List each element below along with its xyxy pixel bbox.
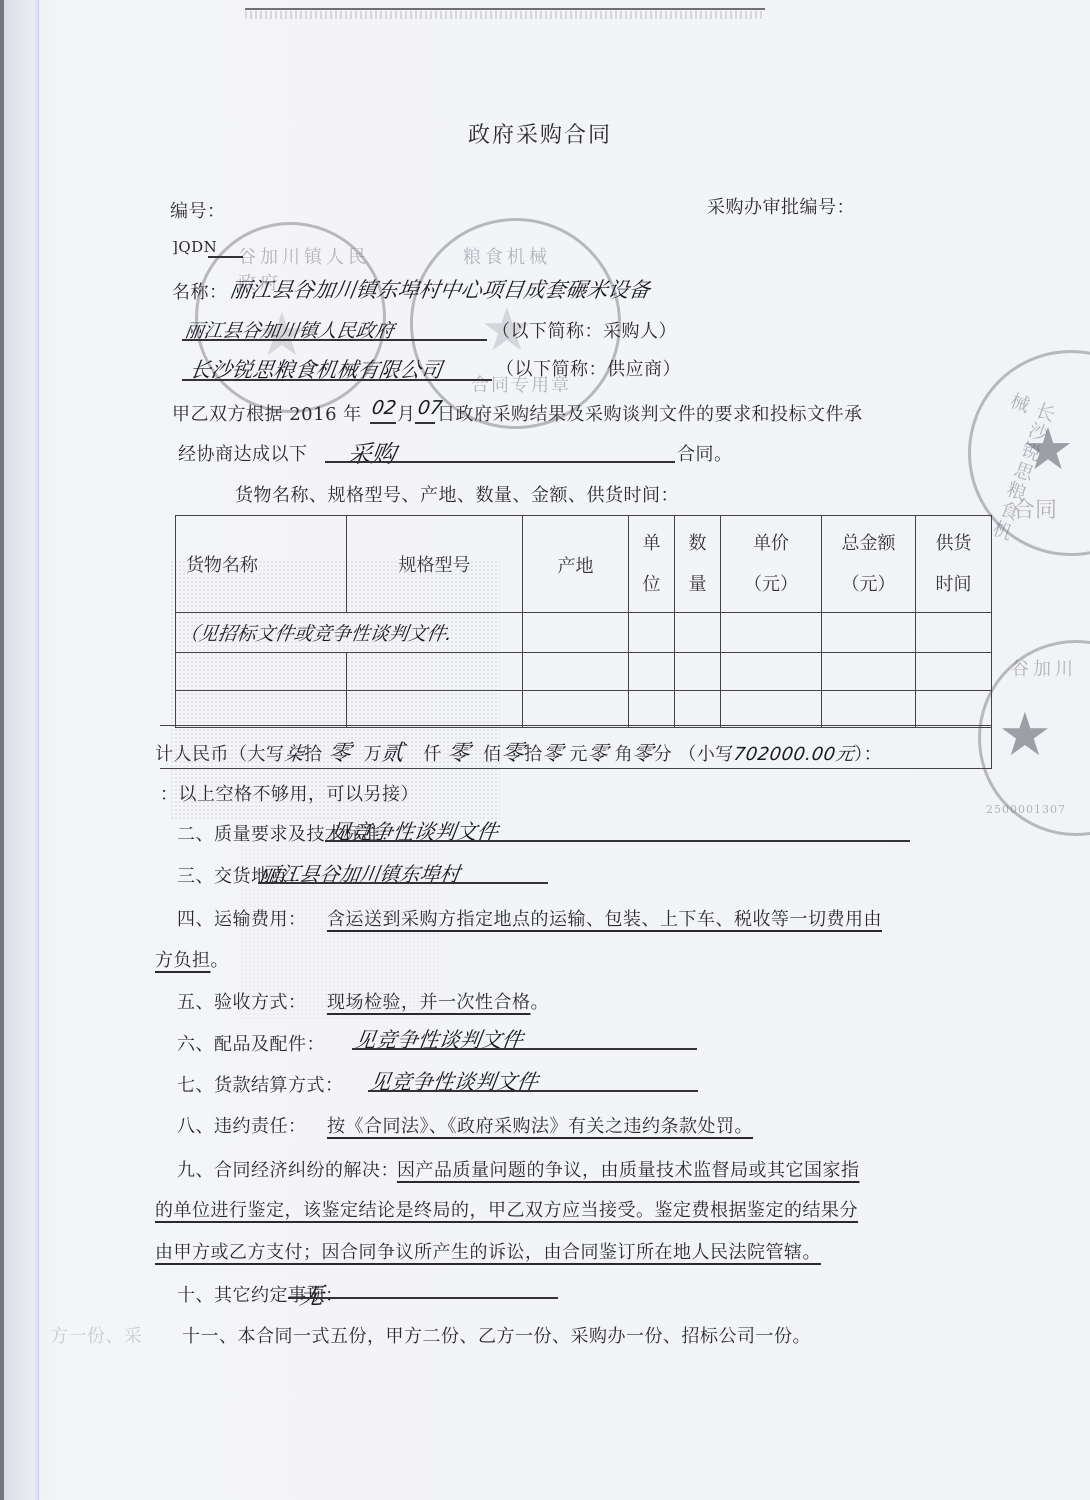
contract-number-prefix: ]QDN: [172, 238, 217, 256]
contract-number-underline: [208, 256, 243, 258]
supplier-underline: [182, 379, 492, 381]
clause-9-text: 因产品质量问题的争议，由质量技术监督局或其它国家指: [397, 1156, 860, 1182]
clause-5-text-wrap: 现场检验，并一次性合格。: [327, 988, 549, 1014]
intro-line1-c: 日政府采购结果及采购谈判文件的要求和投标文件承: [437, 400, 863, 426]
left-ghost-text: 方一份、采: [50, 1322, 143, 1348]
table-row: （见招标文件或竞争性谈判文件.: [176, 613, 992, 653]
header-goods-name: 货物名称: [176, 516, 347, 613]
supplier-alias: （以下简称：供应商）: [496, 355, 681, 381]
amount-note: ：以上空格不够用，可以另接）: [160, 780, 419, 806]
goods-intro: 货物名称、规格型号、产地、数量、金额、供货时间：: [235, 481, 679, 507]
clause-4-continued: 方负担。: [155, 946, 229, 972]
clause-3-underline: [258, 882, 548, 884]
amount-line: 计人民币（大写柒拾 零 万贰 仟 零 佰零拾零 元零 角零分 （小写702000…: [155, 736, 882, 767]
goods-note-cell: （见招标文件或竞争性谈判文件.: [176, 613, 523, 653]
clause-6-label: 六、配品及配件：: [177, 1030, 325, 1056]
clause-7-underline: [368, 1090, 698, 1092]
goods-note: （见招标文件或竞争性谈判文件.: [174, 619, 454, 646]
header-unit: 单位: [629, 516, 675, 613]
scan-edge-shadow: [0, 0, 4, 1500]
clause-2-underline: [325, 840, 910, 842]
clause-7-label: 七、货款结算方式：: [177, 1071, 344, 1097]
clause-2-value: 见竞争性谈判文件: [328, 816, 500, 846]
goods-table: 货物名称 规格型号 产地 单位 数量 单价（元） 总金额（元） 供货时间 （见招…: [175, 515, 992, 728]
buyer-alias: （以下简称：采购人）: [492, 317, 677, 343]
intro-line2-b: 合同。: [677, 440, 733, 466]
clause-7-value: 见竞争性谈判文件: [368, 1066, 540, 1096]
clause-10-underline: [288, 1297, 558, 1299]
project-name-label: 名称：: [172, 278, 228, 304]
intro-month: 02: [370, 397, 397, 419]
clause-4-text: 含运送到采购方指定地点的运输、包装、上下车、税收等一切费用由: [327, 905, 882, 931]
table-row: [176, 691, 992, 728]
page-title: 政府采购合同: [468, 118, 612, 149]
star-icon: ★: [998, 700, 1052, 770]
intro-month-label: 月: [397, 400, 416, 426]
table-header-row: 货物名称 规格型号 产地 单位 数量 单价（元） 总金额（元） 供货时间: [176, 516, 992, 613]
day-underline: [415, 422, 435, 424]
clause-9-text-3: 由甲方或乙方支付；因合同争议所产生的诉讼，由合同鉴订所在地人民法院管辖。: [155, 1238, 821, 1264]
amount-small-value: 702000.00元: [732, 740, 856, 766]
project-name-value: 丽江县谷加川镇东埠村中心项目成套碾米设备: [228, 274, 652, 304]
scan-noise: [245, 11, 765, 19]
clause-8-label: 八、违约责任：: [177, 1112, 307, 1138]
intro-line1-a: 甲乙双方根据 2016 年: [172, 400, 362, 426]
clause-11-text: 十一、本合同一式五份，甲方二份、乙方一份、采购办一份、招标公司一份。: [182, 1322, 811, 1348]
approval-number-label: 采购办审批编号：: [707, 193, 855, 219]
contract-type-underline: [325, 461, 675, 463]
header-quantity: 数量: [675, 516, 721, 613]
clause-8-text: 按《合同法》、《政府采购法》有关之违约条款处罚。: [327, 1112, 753, 1138]
clause-5-label: 五、验收方式：: [177, 988, 307, 1014]
header-delivery-time: 供货时间: [916, 516, 992, 613]
header-spec: 规格型号: [347, 516, 523, 613]
contract-type-value: 采购: [346, 434, 399, 469]
clause-6-underline: [352, 1048, 697, 1050]
header-origin: 产地: [523, 516, 629, 613]
star-icon: ★: [1022, 415, 1074, 483]
buyer-underline: [182, 339, 487, 341]
month-underline: [370, 422, 396, 424]
clause-9-text-2: 的单位进行鉴定，该鉴定结论是终局的，甲乙双方应当接受。鉴定费根据鉴定的结果分: [155, 1196, 858, 1222]
intro-line2-a: 经协商达成以下: [178, 440, 308, 466]
header-total: 总金额（元）: [822, 516, 916, 613]
clause-4-label: 四、运输费用：: [177, 905, 307, 931]
top-border-line: [245, 8, 765, 10]
clause-10-value: 无: [298, 1276, 327, 1311]
clause-9-label: 九、合同经济纠纷的解决：: [177, 1156, 399, 1182]
page-fold-line: [35, 0, 38, 1500]
clause-6-value: 见竞争性谈判文件: [353, 1024, 525, 1054]
header-unit-price: 单价（元）: [721, 516, 822, 613]
contract-number-label: 编号：: [170, 197, 226, 223]
table-row: [176, 653, 992, 691]
